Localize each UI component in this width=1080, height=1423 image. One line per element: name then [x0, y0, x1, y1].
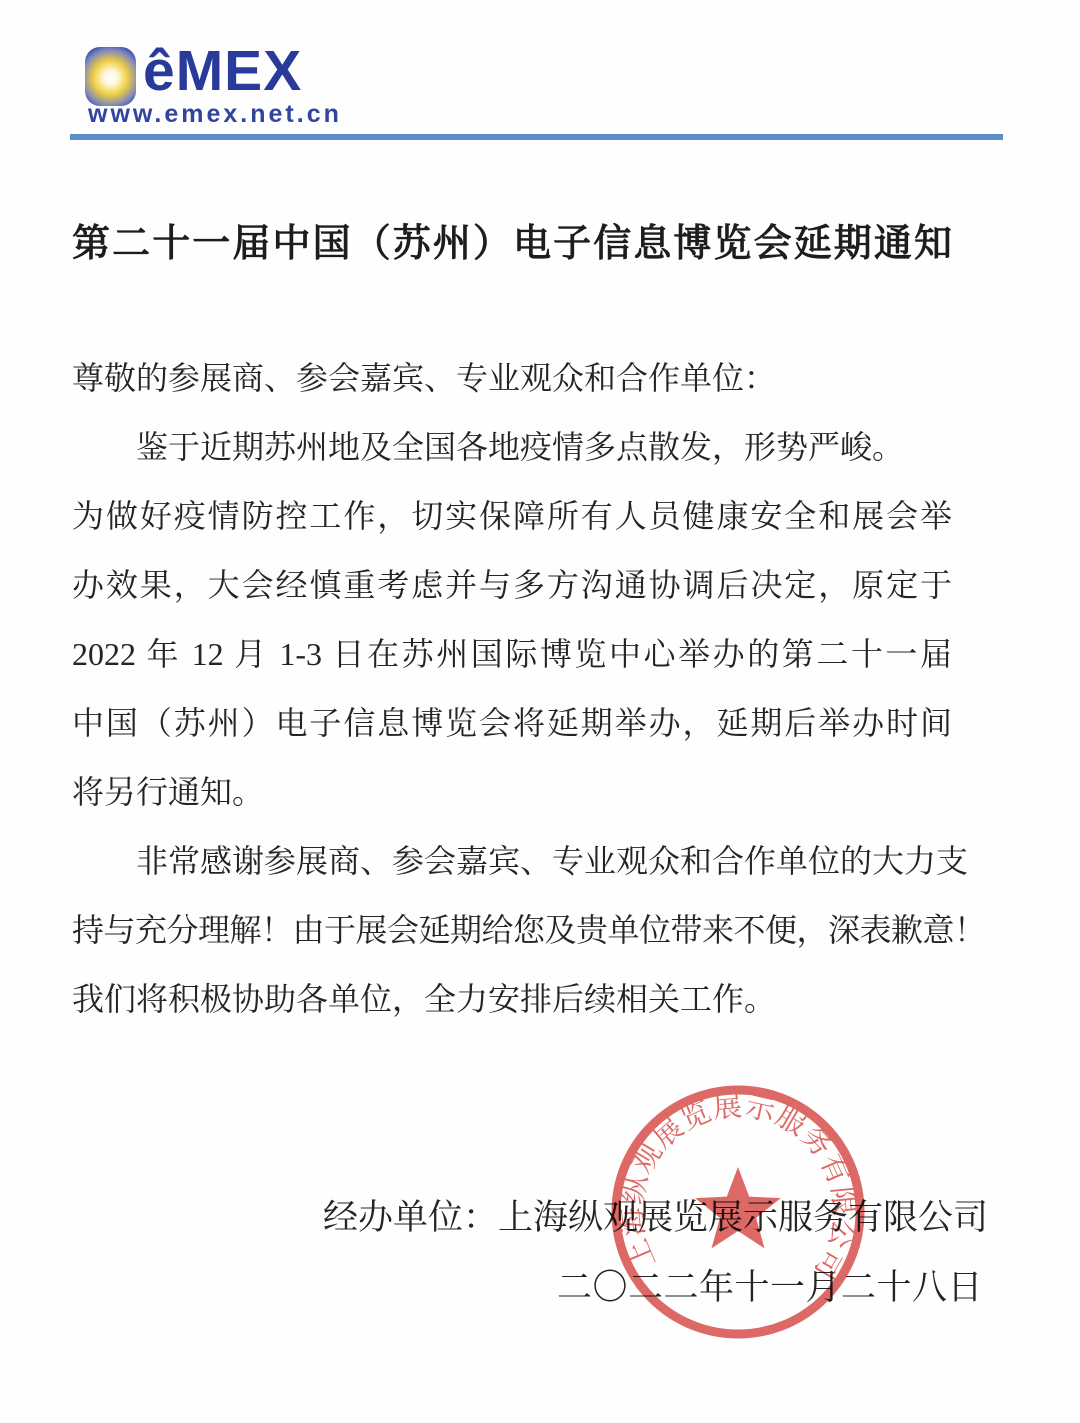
body-line: 持与充分理解！由于展会延期给您及贵单位带来不便，深表歉意！: [72, 896, 952, 965]
body-line: 为做好疫情防控工作，切实保障所有人员健康安全和展会举: [72, 482, 952, 551]
body-line: 非常感谢参展商、参会嘉宾、专业观众和合作单位的大力支: [72, 827, 952, 896]
body-line: 将另行通知。: [72, 758, 952, 827]
salutation-line: 尊敬的参展商、参会嘉宾、专业观众和合作单位：: [72, 344, 952, 413]
scanned-notice-page: êMEX www.emex.net.cn 第二十一届中国（苏州）电子信息博览会延…: [0, 0, 1080, 1423]
header-divider-rule: [70, 134, 1003, 140]
body-line: 鉴于近期苏州地及全国各地疫情多点散发，形势严峻。: [72, 413, 952, 482]
website-url: www.emex.net.cn: [88, 100, 342, 129]
star-icon: [695, 1167, 781, 1248]
body-line: 2022 年 12 月 1-3 日在苏州国际博览中心举办的第二十一届: [72, 620, 952, 689]
company-seal: 上海纵观展览展示服务有限公司: [606, 1080, 870, 1344]
notice-title: 第二十一届中国（苏州）电子信息博览会延期通知: [72, 212, 952, 267]
notice-body: 尊敬的参展商、参会嘉宾、专业观众和合作单位： 鉴于近期苏州地及全国各地疫情多点散…: [72, 344, 952, 1034]
body-line: 办效果，大会经慎重考虑并与多方沟通协调后决定，原定于: [72, 551, 952, 620]
emex-logo-icon: [85, 47, 136, 106]
body-line: 我们将积极协助各单位，全力安排后续相关工作。: [72, 965, 952, 1034]
body-line: 中国（苏州）电子信息博览会将延期举办，延期后举办时间: [72, 689, 952, 758]
brand-name: êMEX: [143, 38, 302, 104]
